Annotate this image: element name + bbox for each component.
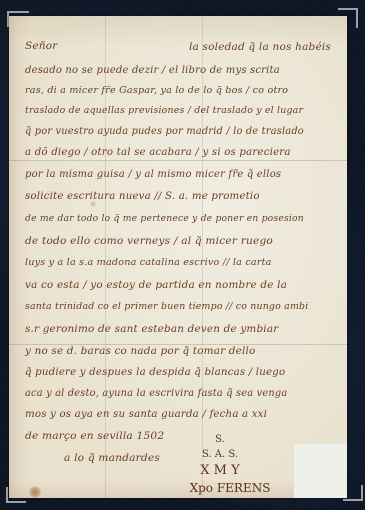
text-line: luys y a la s.a madona catalina escrivo … [25, 257, 272, 268]
text-line: de todo ello como verneys / al q̃ micer … [25, 235, 273, 247]
fold-line [9, 160, 347, 161]
closing: a lo q̃ mandardes [64, 452, 160, 464]
ink-stain [29, 486, 41, 498]
signature-line-3: X M Y [190, 463, 250, 478]
signature-line-2: S. A. S. [190, 449, 250, 460]
text-line: la soledad q̃ la nos habéis [189, 41, 331, 53]
text-line: de março en sevilla 1502 [25, 430, 164, 442]
paper-lower-right-flap [294, 444, 347, 498]
text-line: aca y al desto, ayuna la escrivira fasta… [25, 388, 287, 399]
text-line: y no se d. baras co nada por q̃ tomar de… [25, 345, 256, 357]
text-line: q̃ por vuestro ayuda pudes por madrid / … [25, 126, 304, 137]
text-line: traslado de aquellas previsiones / del t… [25, 105, 303, 116]
signature-line-1: S. [205, 434, 235, 445]
text-line: mos y os aya en su santa guarda / fecha … [25, 409, 267, 420]
text-line: s.r geronimo de sant esteban deven de ym… [25, 323, 278, 335]
text-line: solicite escritura nueva // S. a. me pro… [25, 191, 260, 202]
text-line: de me dar todo lo q̃ me pertenece y de p… [25, 213, 304, 224]
text-line: a dõ diego / otro tal se acabara / y si … [25, 147, 291, 158]
text-line: va co esta / yo estoy de partida en nomb… [25, 279, 287, 291]
signature-line-4: Xpo FERENS [185, 481, 275, 495]
salutation: Señor [25, 40, 58, 52]
text-line: santa trinidad co el primer buen tiempo … [25, 301, 308, 312]
text-line: desado no se puede dezir / el libro de m… [25, 65, 280, 76]
manuscript-letter: Señor la soledad q̃ la nos habéis desado… [9, 16, 347, 498]
text-line: por la misma guisa / y al mismo micer fr… [25, 169, 281, 180]
text-line: ras, di a micer fr̃e Gaspar, ya lo de lo… [25, 85, 288, 96]
text-line: q̃ pudiere y despues la despida q̃ blanc… [25, 367, 285, 378]
